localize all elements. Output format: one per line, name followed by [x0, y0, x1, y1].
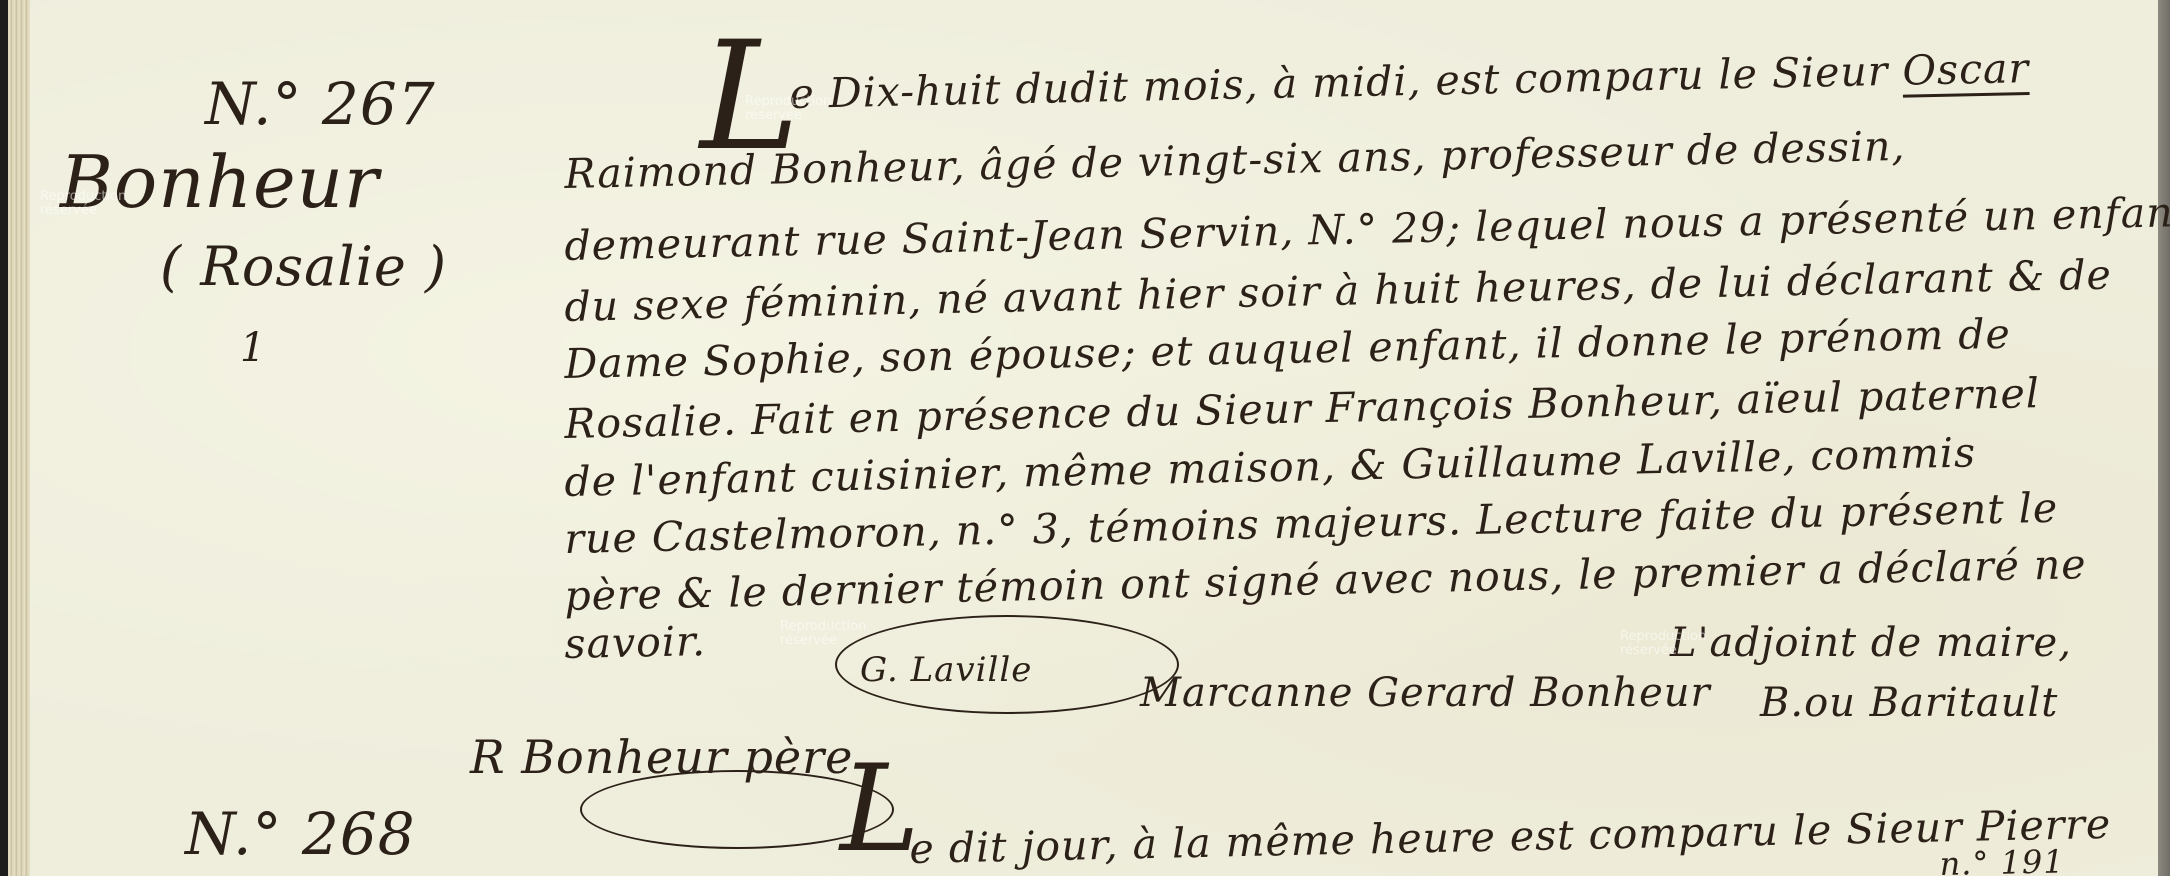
page-edge-binding: [8, 0, 30, 876]
signature-official: B.ou Baritault: [1760, 680, 2058, 726]
watermark: Reproduction réservée: [40, 190, 126, 218]
signature-flourish-laville: [835, 615, 1179, 714]
entry-number-267: N.° 267: [205, 70, 436, 138]
watermark: Reproduction réservée: [780, 620, 866, 648]
signature-mother: Marcanne Gerard Bonheur: [1140, 670, 1711, 716]
entry-268-line-2: n.° 191: [1939, 842, 2065, 876]
official-title: L'adjoint de maire,: [1670, 620, 2072, 666]
right-border: [2158, 0, 2170, 876]
entry-number-268: N.° 268: [185, 800, 416, 868]
drop-cap-l-268: L: [840, 740, 921, 876]
margin-given-name: ( Rosalie ): [160, 235, 447, 298]
body-line-10: savoir.: [564, 617, 707, 668]
margin-mark: 1: [240, 325, 266, 371]
underlined-oscar: Oscar: [1902, 44, 2030, 95]
watermark: Reproduction réservée: [1620, 630, 1706, 658]
watermark: Reproduction réservée: [745, 95, 831, 123]
